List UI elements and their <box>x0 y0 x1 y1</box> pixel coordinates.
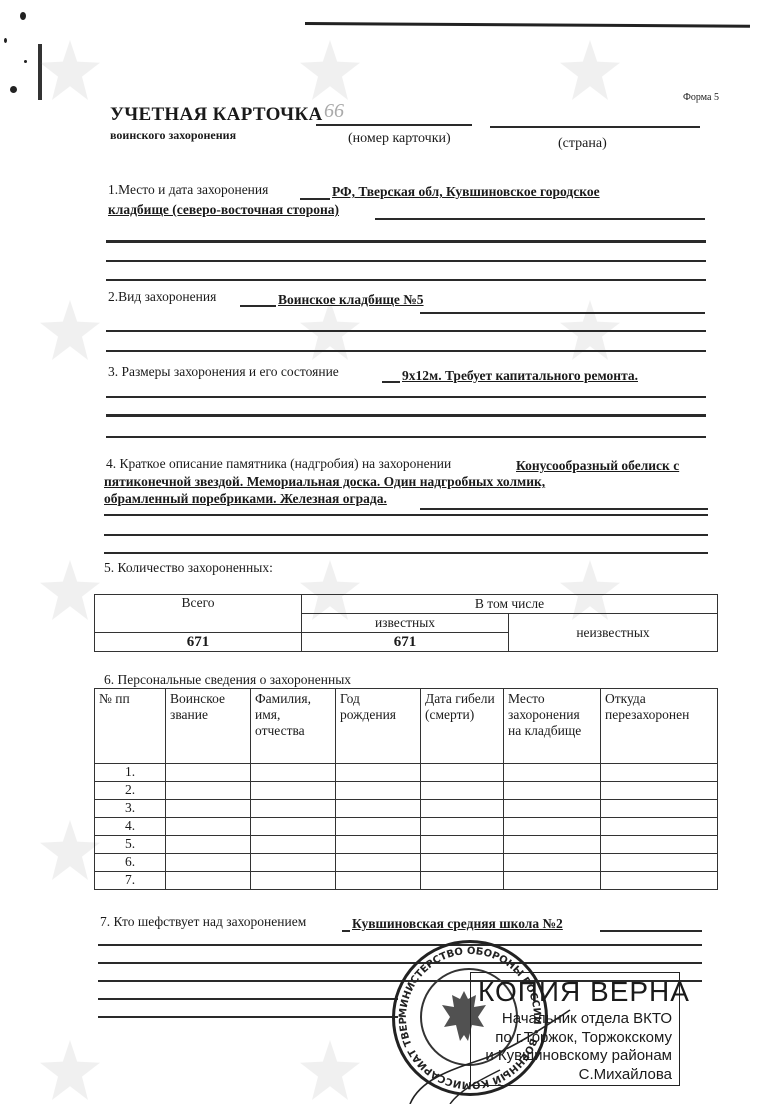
watermark-icon <box>40 40 100 100</box>
fill-line <box>104 552 708 554</box>
total-header: Всего <box>95 595 302 633</box>
row-number: 7. <box>95 872 166 890</box>
watermark-icon <box>40 560 100 620</box>
scan-speck <box>24 60 27 63</box>
burial-count-table: Всего В том числе известных неизвестных … <box>94 594 718 652</box>
document-title: УЧЕТНАЯ КАРТОЧКА <box>110 104 323 126</box>
s4-value-line2: пятиконечной звездой. Мемориальная доска… <box>104 474 545 490</box>
s4-value-line1: Конусообразный обелиск с <box>516 458 679 474</box>
card-number-line <box>316 124 472 126</box>
s6-label: 6. Персональные сведения о захороненных <box>104 672 351 688</box>
fill-line <box>106 414 706 417</box>
fill-line <box>106 279 706 281</box>
country-line <box>490 126 700 128</box>
fill-line <box>300 198 330 200</box>
table-row: 1. <box>95 764 718 782</box>
document-subtitle: воинского захоронения <box>110 128 236 143</box>
table-row: 5. <box>95 836 718 854</box>
fill-line <box>104 514 708 516</box>
personal-data-table: № пп Воинское звание Фамилия, имя, отчес… <box>94 688 718 890</box>
fill-line <box>420 508 708 510</box>
fill-line <box>106 260 706 262</box>
row-number: 4. <box>95 818 166 836</box>
table-row: 3. <box>95 800 718 818</box>
row-number: 6. <box>95 854 166 872</box>
fill-line <box>375 218 705 220</box>
fill-line <box>106 240 706 243</box>
fill-line <box>104 534 708 536</box>
watermark-icon <box>560 40 620 100</box>
s1-label: 1.Место и дата захоронения <box>108 182 268 198</box>
top-scan-line <box>305 22 750 28</box>
s3-label: 3. Размеры захоронения и его состояние <box>108 364 339 380</box>
country-caption: (страна) <box>558 136 607 152</box>
table-row: 6. <box>95 854 718 872</box>
known-value: 671 <box>302 633 509 652</box>
fill-line <box>106 350 706 352</box>
s2-label: 2.Вид захоронения <box>108 289 216 305</box>
fill-line <box>342 930 350 932</box>
s7-label: 7. Кто шефствует над захоронением <box>100 914 306 930</box>
table-row: 4. <box>95 818 718 836</box>
row-number: 5. <box>95 836 166 854</box>
column-header: Место захоронения на кладбище <box>504 689 601 764</box>
s1-value-line2: кладбище (северо-восточная сторона) <box>108 202 339 218</box>
s2-value: Воинское кладбище №5 <box>278 292 424 308</box>
fill-line <box>106 396 706 398</box>
column-header: Воинское звание <box>166 689 251 764</box>
table-header-row: № пп Воинское звание Фамилия, имя, отчес… <box>95 689 718 764</box>
column-header: Фамилия, имя, отчества <box>251 689 336 764</box>
unknown-header: неизвестных <box>509 614 718 652</box>
fill-line <box>382 381 400 383</box>
row-number: 2. <box>95 782 166 800</box>
known-header: известных <box>302 614 509 633</box>
fill-line <box>98 998 398 1000</box>
s5-label: 5. Количество захороненных: <box>104 560 273 576</box>
s4-value-line3: обрамленный поребриками. Железная ограда… <box>104 491 387 507</box>
fill-line <box>98 1016 398 1018</box>
card-number: 66 <box>324 100 344 123</box>
watermark-icon <box>300 1040 360 1100</box>
column-header: № пп <box>95 689 166 764</box>
card-number-caption: (номер карточки) <box>348 131 451 147</box>
form-number: Форма 5 <box>683 92 719 103</box>
fill-line <box>240 305 276 307</box>
including-header: В том числе <box>302 595 718 614</box>
row-number: 3. <box>95 800 166 818</box>
table-row: 2. <box>95 782 718 800</box>
watermark-icon <box>40 1040 100 1100</box>
fill-line <box>600 930 702 932</box>
fill-line <box>420 312 705 314</box>
signature-icon <box>390 1000 590 1104</box>
watermark-icon <box>40 300 100 360</box>
s3-value: 9х12м. Требует капитального ремонта. <box>402 368 638 384</box>
scan-speck <box>10 86 17 93</box>
scan-speck <box>4 38 7 43</box>
s4-label: 4. Краткое описание памятника (надгробия… <box>106 456 451 472</box>
s1-value-line1: РФ, Тверская обл, Кувшиновское городское <box>332 184 600 200</box>
watermark-icon <box>300 40 360 100</box>
watermark-icon <box>40 820 100 880</box>
row-number: 1. <box>95 764 166 782</box>
column-header: Дата гибели (смерти) <box>421 689 504 764</box>
column-header: Год рождения <box>336 689 421 764</box>
signer-name: С.Михайлова <box>579 1066 672 1083</box>
total-value: 671 <box>95 633 302 652</box>
column-header: Откуда перезахоронен <box>601 689 718 764</box>
fill-line <box>106 436 706 438</box>
table-row: 7. <box>95 872 718 890</box>
s7-value: Кувшиновская средняя школа №2 <box>352 916 563 932</box>
fill-line <box>106 330 706 332</box>
scan-speck <box>20 12 26 20</box>
